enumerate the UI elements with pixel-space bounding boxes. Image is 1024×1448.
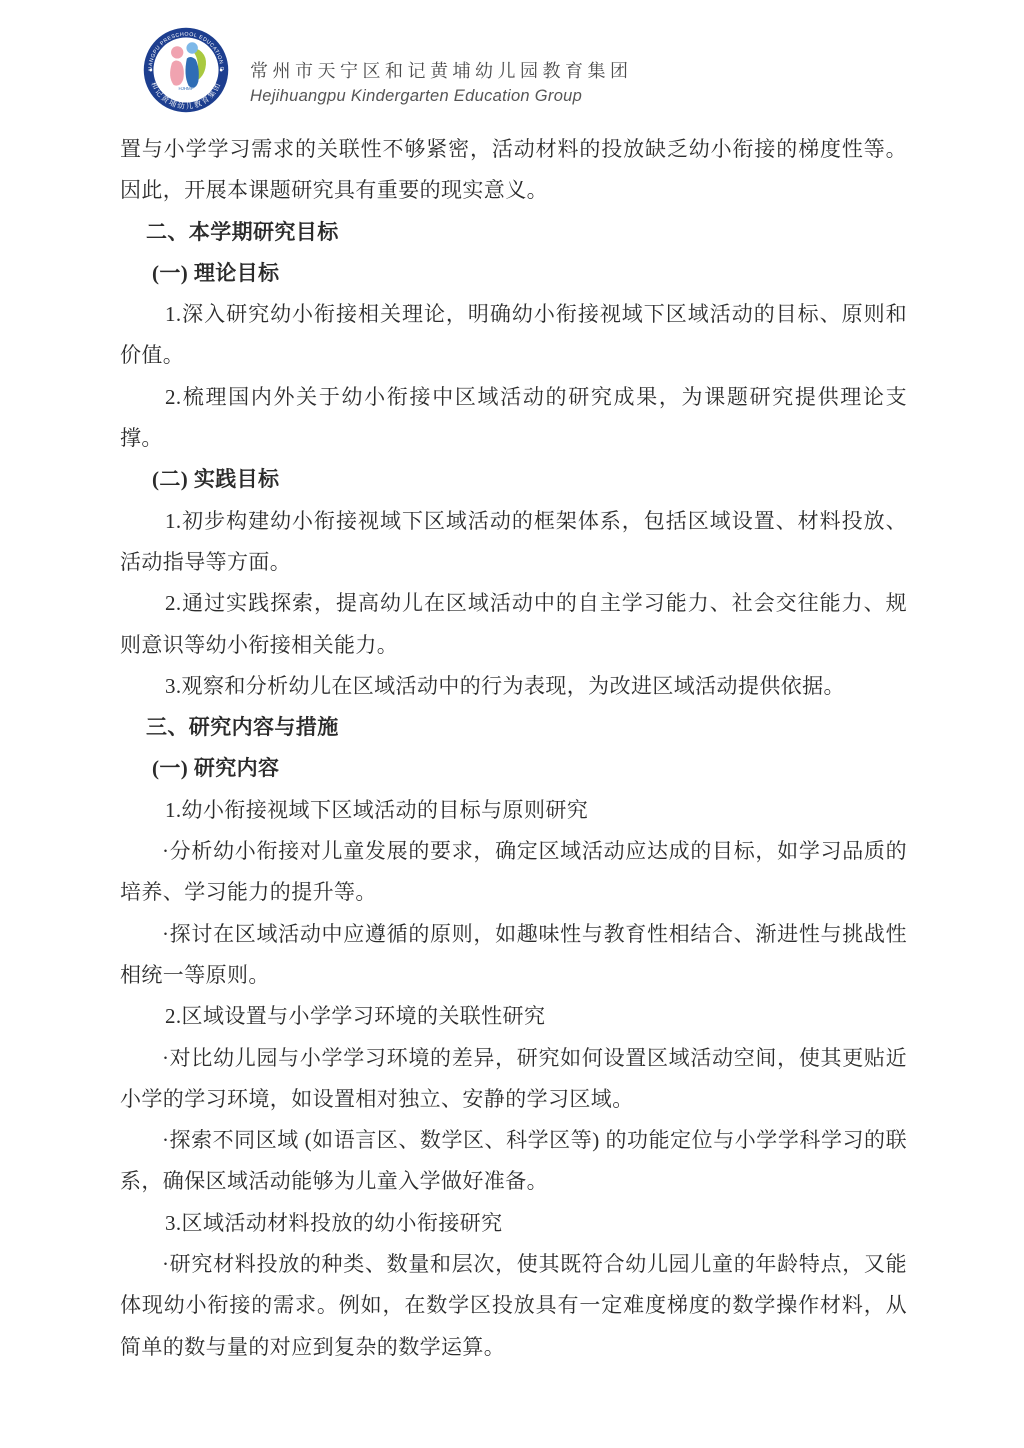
logo-pink-figure-body	[170, 61, 184, 86]
paragraph: 2.通过实践探索，提高幼儿在区域活动中的自主学习能力、社会交往能力、规则意识等幼…	[120, 583, 907, 666]
paragraph: 置与小学学习需求的关联性不够紧密，活动材料的投放缺乏幼小衔接的梯度性等。因此，开…	[120, 129, 907, 212]
logo-center-label: HJHMP	[178, 86, 193, 91]
paragraph: ·分析幼小衔接对儿童发展的要求，确定区域活动应达成的目标，如学习品质的培养、学习…	[120, 831, 907, 914]
paragraph: ·探讨在区域活动中应遵循的原则，如趣味性与教育性相结合、渐进性与挑战性相统一等原…	[120, 914, 907, 997]
org-name-chinese: 常州市天宁区和记黄埔幼儿园教育集团	[250, 58, 633, 84]
letterhead: HEJIHUANGPU PRESCHOOL EDUCATION GROUP 和记…	[142, 26, 633, 114]
paragraph: 2.梳理国内外关于幼小衔接中区域活动的研究成果，为课题研究提供理论支撑。	[120, 377, 907, 460]
document-page: HEJIHUANGPU PRESCHOOL EDUCATION GROUP 和记…	[0, 0, 1024, 1448]
subsection-heading: (一) 研究内容	[120, 748, 907, 789]
paragraph: 1.初步构建幼小衔接视域下区域活动的框架体系，包括区域设置、材料投放、活动指导等…	[120, 501, 907, 584]
section-heading: 三、研究内容与措施	[120, 707, 907, 748]
paragraph: ·对比幼儿园与小学学习环境的差异，研究如何设置区域活动空间，使其更贴近小学的学习…	[120, 1038, 907, 1121]
document-body: 置与小学学习需求的关联性不够紧密，活动材料的投放缺乏幼小衔接的梯度性等。因此，开…	[120, 129, 907, 1368]
paragraph: ·研究材料投放的种类、数量和层次，使其既符合幼儿园儿童的年龄特点，又能体现幼小衔…	[120, 1244, 907, 1368]
subsection-heading: (一) 理论目标	[120, 253, 907, 294]
logo-pink-figure-head	[171, 46, 183, 58]
org-names: 常州市天宁区和记黄埔幼儿园教育集团 Hejihuangpu Kindergart…	[250, 32, 633, 108]
paragraph: ·探索不同区域 (如语言区、数学区、科学区等) 的功能定位与小学学科学习的联系，…	[120, 1120, 907, 1203]
paragraph: 3.观察和分析幼儿在区域活动中的行为表现，为改进区域活动提供依据。	[120, 666, 907, 707]
logo-blue-figure-head	[186, 42, 197, 53]
org-name-english: Hejihuangpu Kindergarten Education Group	[250, 84, 633, 108]
paragraph: 1.深入研究幼小衔接相关理论，明确幼小衔接视域下区域活动的目标、原则和价值。	[120, 294, 907, 377]
section-heading: 二、本学期研究目标	[120, 212, 907, 253]
paragraph: 3.区域活动材料投放的幼小衔接研究	[120, 1203, 907, 1244]
paragraph: 1.幼小衔接视域下区域活动的目标与原则研究	[120, 790, 907, 831]
kindergarten-logo-badge: HEJIHUANGPU PRESCHOOL EDUCATION GROUP 和记…	[142, 26, 230, 114]
subsection-heading: (二) 实践目标	[120, 459, 907, 500]
paragraph: 2.区域设置与小学学习环境的关联性研究	[120, 996, 907, 1037]
